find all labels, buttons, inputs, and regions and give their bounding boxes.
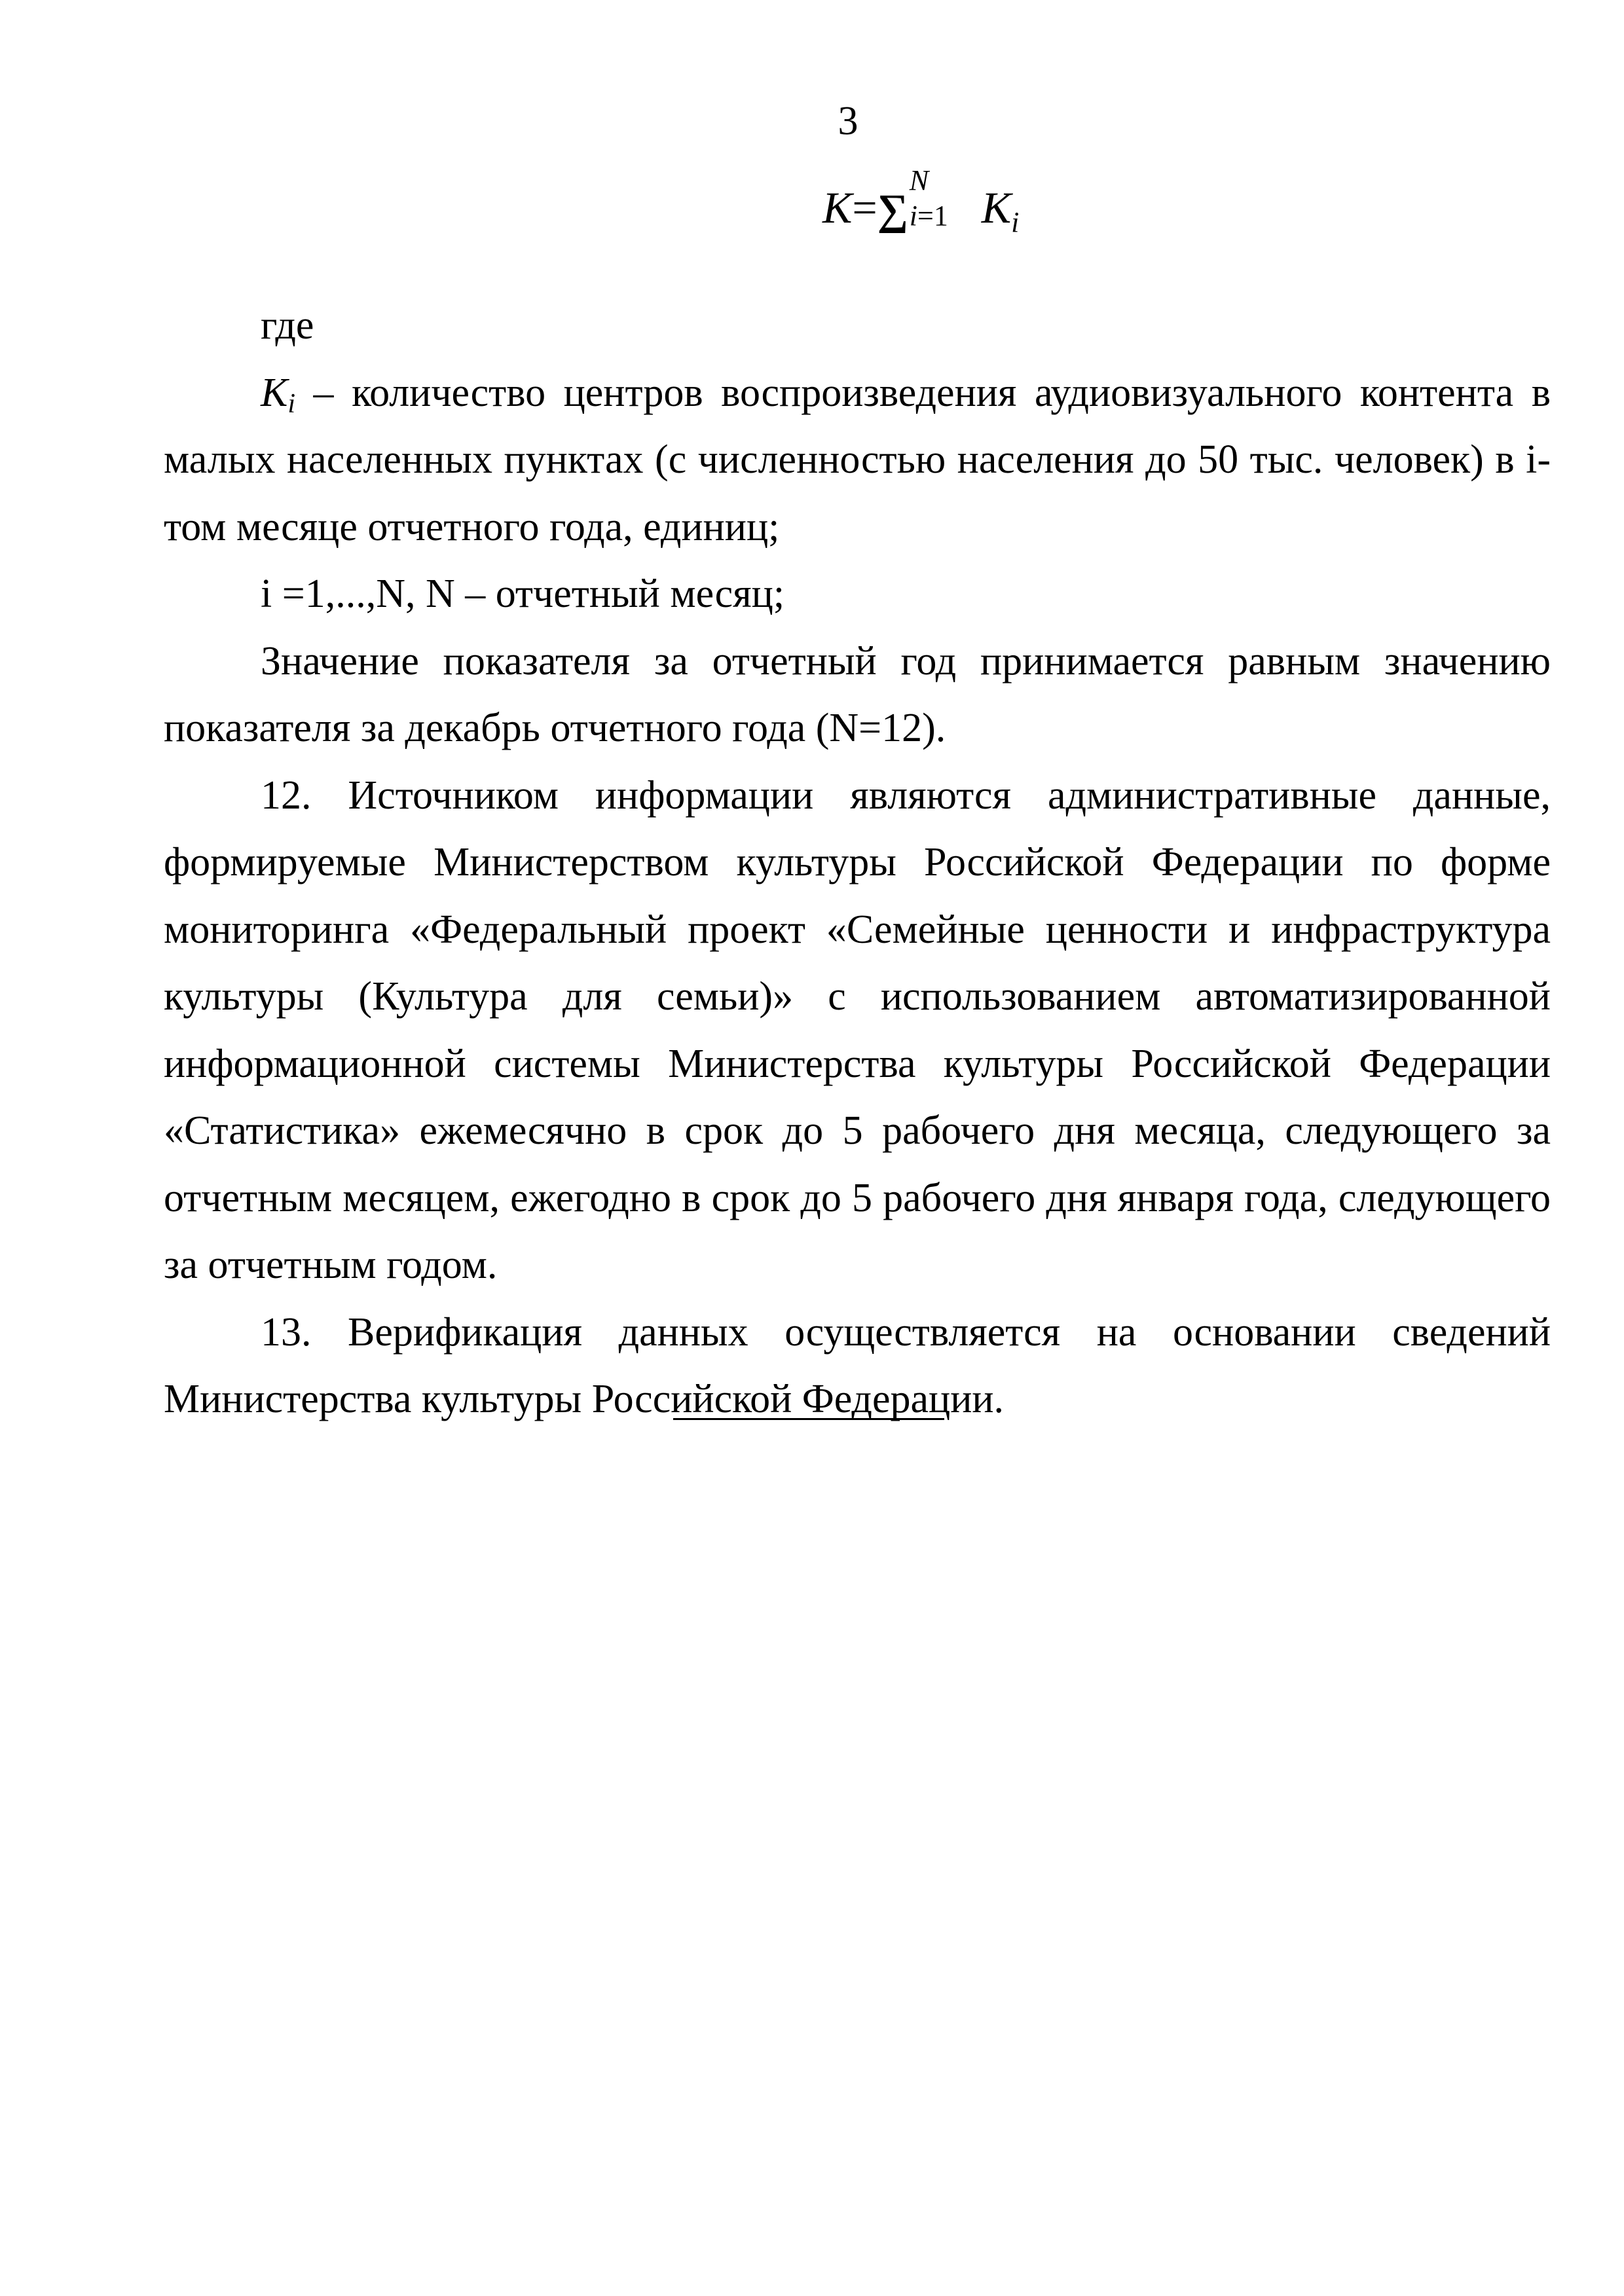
formula-equals: =	[852, 183, 877, 232]
item-13-paragraph: 13. Верификация данных осуществляется на…	[164, 1299, 1551, 1433]
index-definition-paragraph: i =1,...,N, N – отчетный месяц;	[164, 560, 1551, 628]
formula-term: K	[982, 183, 1011, 232]
sum-formula: K=∑Ni=1Ki	[822, 178, 1019, 244]
formula-term-subscript: i	[1011, 206, 1019, 238]
formula-lhs: K	[822, 183, 852, 232]
document-body: где Ki – количество центров воспроизведе…	[164, 292, 1551, 1433]
sum-upper-limit: N	[910, 166, 929, 195]
where-label: где	[164, 292, 1551, 359]
page-number: 3	[812, 98, 884, 144]
sum-limits: Ni=1	[908, 216, 982, 223]
ki-definition-text: – количество центров воспроизведения ауд…	[164, 371, 1551, 549]
item-12-paragraph: 12. Источником информации являются админ…	[164, 762, 1551, 1299]
annual-value-paragraph: Значение показателя за отчетный год прин…	[164, 628, 1551, 762]
sigma-icon: ∑	[877, 186, 908, 234]
ki-symbol: Ki	[261, 371, 295, 415]
sum-lower-limit: i=1	[910, 202, 948, 230]
ki-definition-paragraph: Ki – количество центров воспроизведения …	[164, 359, 1551, 561]
end-of-document-rule	[673, 1418, 944, 1420]
